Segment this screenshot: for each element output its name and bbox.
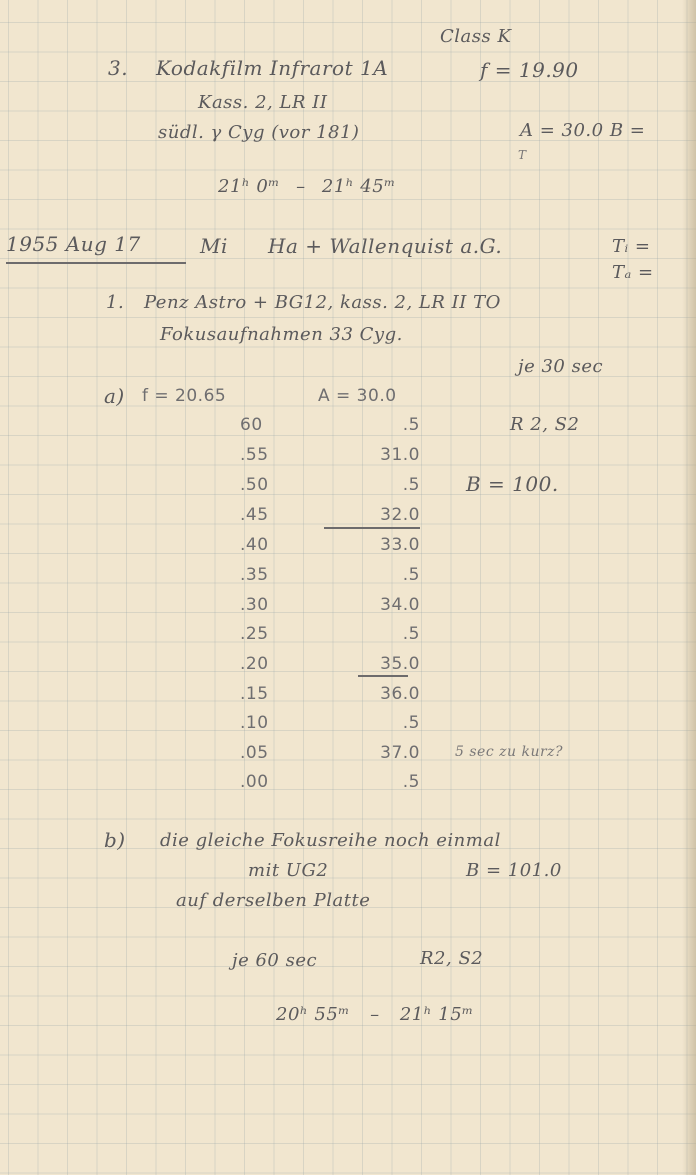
table-row-a: 36.0 [330, 684, 420, 704]
table-row-f: .00 [240, 772, 290, 792]
target-info: südl. γ Cyg (vor 181) [158, 122, 359, 143]
table-row-a: 34.0 [330, 595, 420, 615]
table-row-a: 31.0 [330, 445, 420, 465]
table-row-a: .5 [330, 713, 420, 733]
table-underline [358, 675, 408, 677]
weekday: Mi [200, 234, 228, 258]
ab-values: A = 30.0 B = [520, 120, 645, 141]
exposure-time: je 30 sec [518, 356, 603, 377]
table-row-f: f = 20.65 [142, 386, 226, 406]
rs-settings: R 2, S2 [510, 414, 579, 435]
table-row-a: 35.0 [330, 654, 420, 674]
date-underline [6, 262, 186, 264]
table-row-a: .5 [330, 565, 420, 585]
t-mark: T [518, 148, 527, 162]
subentry-label-b: b) [104, 828, 126, 852]
page-edge-shadow [682, 0, 696, 1175]
b-value: B = 100. [466, 472, 559, 496]
repeat-description: die gleiche Fokusreihe noch einmal [160, 830, 501, 851]
table-row-f: .05 [240, 743, 290, 763]
table-row-f: .50 [240, 475, 290, 495]
rs-settings: R2, S2 [420, 948, 483, 969]
class-annotation: Class K [440, 26, 511, 47]
table-row-f: .40 [240, 535, 290, 555]
setup-description: Penz Astro + BG12, kass. 2, LR II TO [144, 292, 501, 313]
table-row-f: .15 [240, 684, 290, 704]
subentry-label-a: a) [104, 384, 125, 408]
time-range: 21ʰ 0ᵐ – 21ʰ 45ᵐ [218, 176, 396, 197]
table-row-f: .35 [240, 565, 290, 585]
table-row-f: .45 [240, 505, 290, 525]
table-row-a: 33.0 [330, 535, 420, 555]
table-row-a: A = 30.0 [318, 386, 397, 406]
table-row-a: .5 [330, 475, 420, 495]
table-row-f: .20 [240, 654, 290, 674]
entry-number: 1. [106, 292, 124, 313]
plate-info: auf derselben Platte [176, 890, 370, 911]
b-value: B = 101.0 [466, 860, 562, 881]
table-row-a: .5 [330, 772, 420, 792]
filter-info: mit UG2 [248, 860, 328, 881]
film-description: Kodakfilm Infrarot 1A [156, 56, 388, 80]
table-row-f: 60 [240, 415, 290, 435]
entry-date: 1955 Aug 17 [6, 232, 141, 256]
exposure-note: 5 sec zu kurz? [455, 744, 563, 760]
time-end: 21ʰ 45ᵐ [322, 176, 396, 197]
time-separator: – [370, 1004, 380, 1025]
time-start: 21ʰ 0ᵐ [218, 176, 280, 197]
table-row-a: 37.0 [330, 743, 420, 763]
table-row-a: 32.0 [330, 505, 420, 525]
time-end: 21ʰ 15ᵐ [400, 1004, 474, 1025]
entry-number: 3. [108, 56, 128, 80]
table-row-f: .30 [240, 595, 290, 615]
exposure-time: je 60 sec [232, 950, 317, 971]
notebook-page: Class K 3. Kodakfilm Infrarot 1A f = 19.… [0, 0, 696, 1175]
cassette-info: Kass. 2, LR II [198, 92, 327, 113]
table-row-f: .55 [240, 445, 290, 465]
time-range: 20ʰ 55ᵐ – 21ʰ 15ᵐ [276, 1004, 474, 1025]
table-divider [324, 527, 420, 529]
observers: Ha + Wallenquist a.G. [268, 234, 502, 258]
time-separator: – [296, 176, 306, 197]
table-row-a: .5 [330, 415, 420, 435]
time-start: 20ʰ 55ᵐ [276, 1004, 350, 1025]
temperature-inside: Tᵢ = [612, 236, 650, 257]
table-row-f: .10 [240, 713, 290, 733]
temperature-outside: Tₐ = [612, 262, 654, 283]
table-row-a: .5 [330, 624, 420, 644]
focus-value: f = 19.90 [480, 58, 579, 82]
table-row-f: .25 [240, 624, 290, 644]
series-description: Fokusaufnahmen 33 Cyg. [160, 324, 403, 345]
